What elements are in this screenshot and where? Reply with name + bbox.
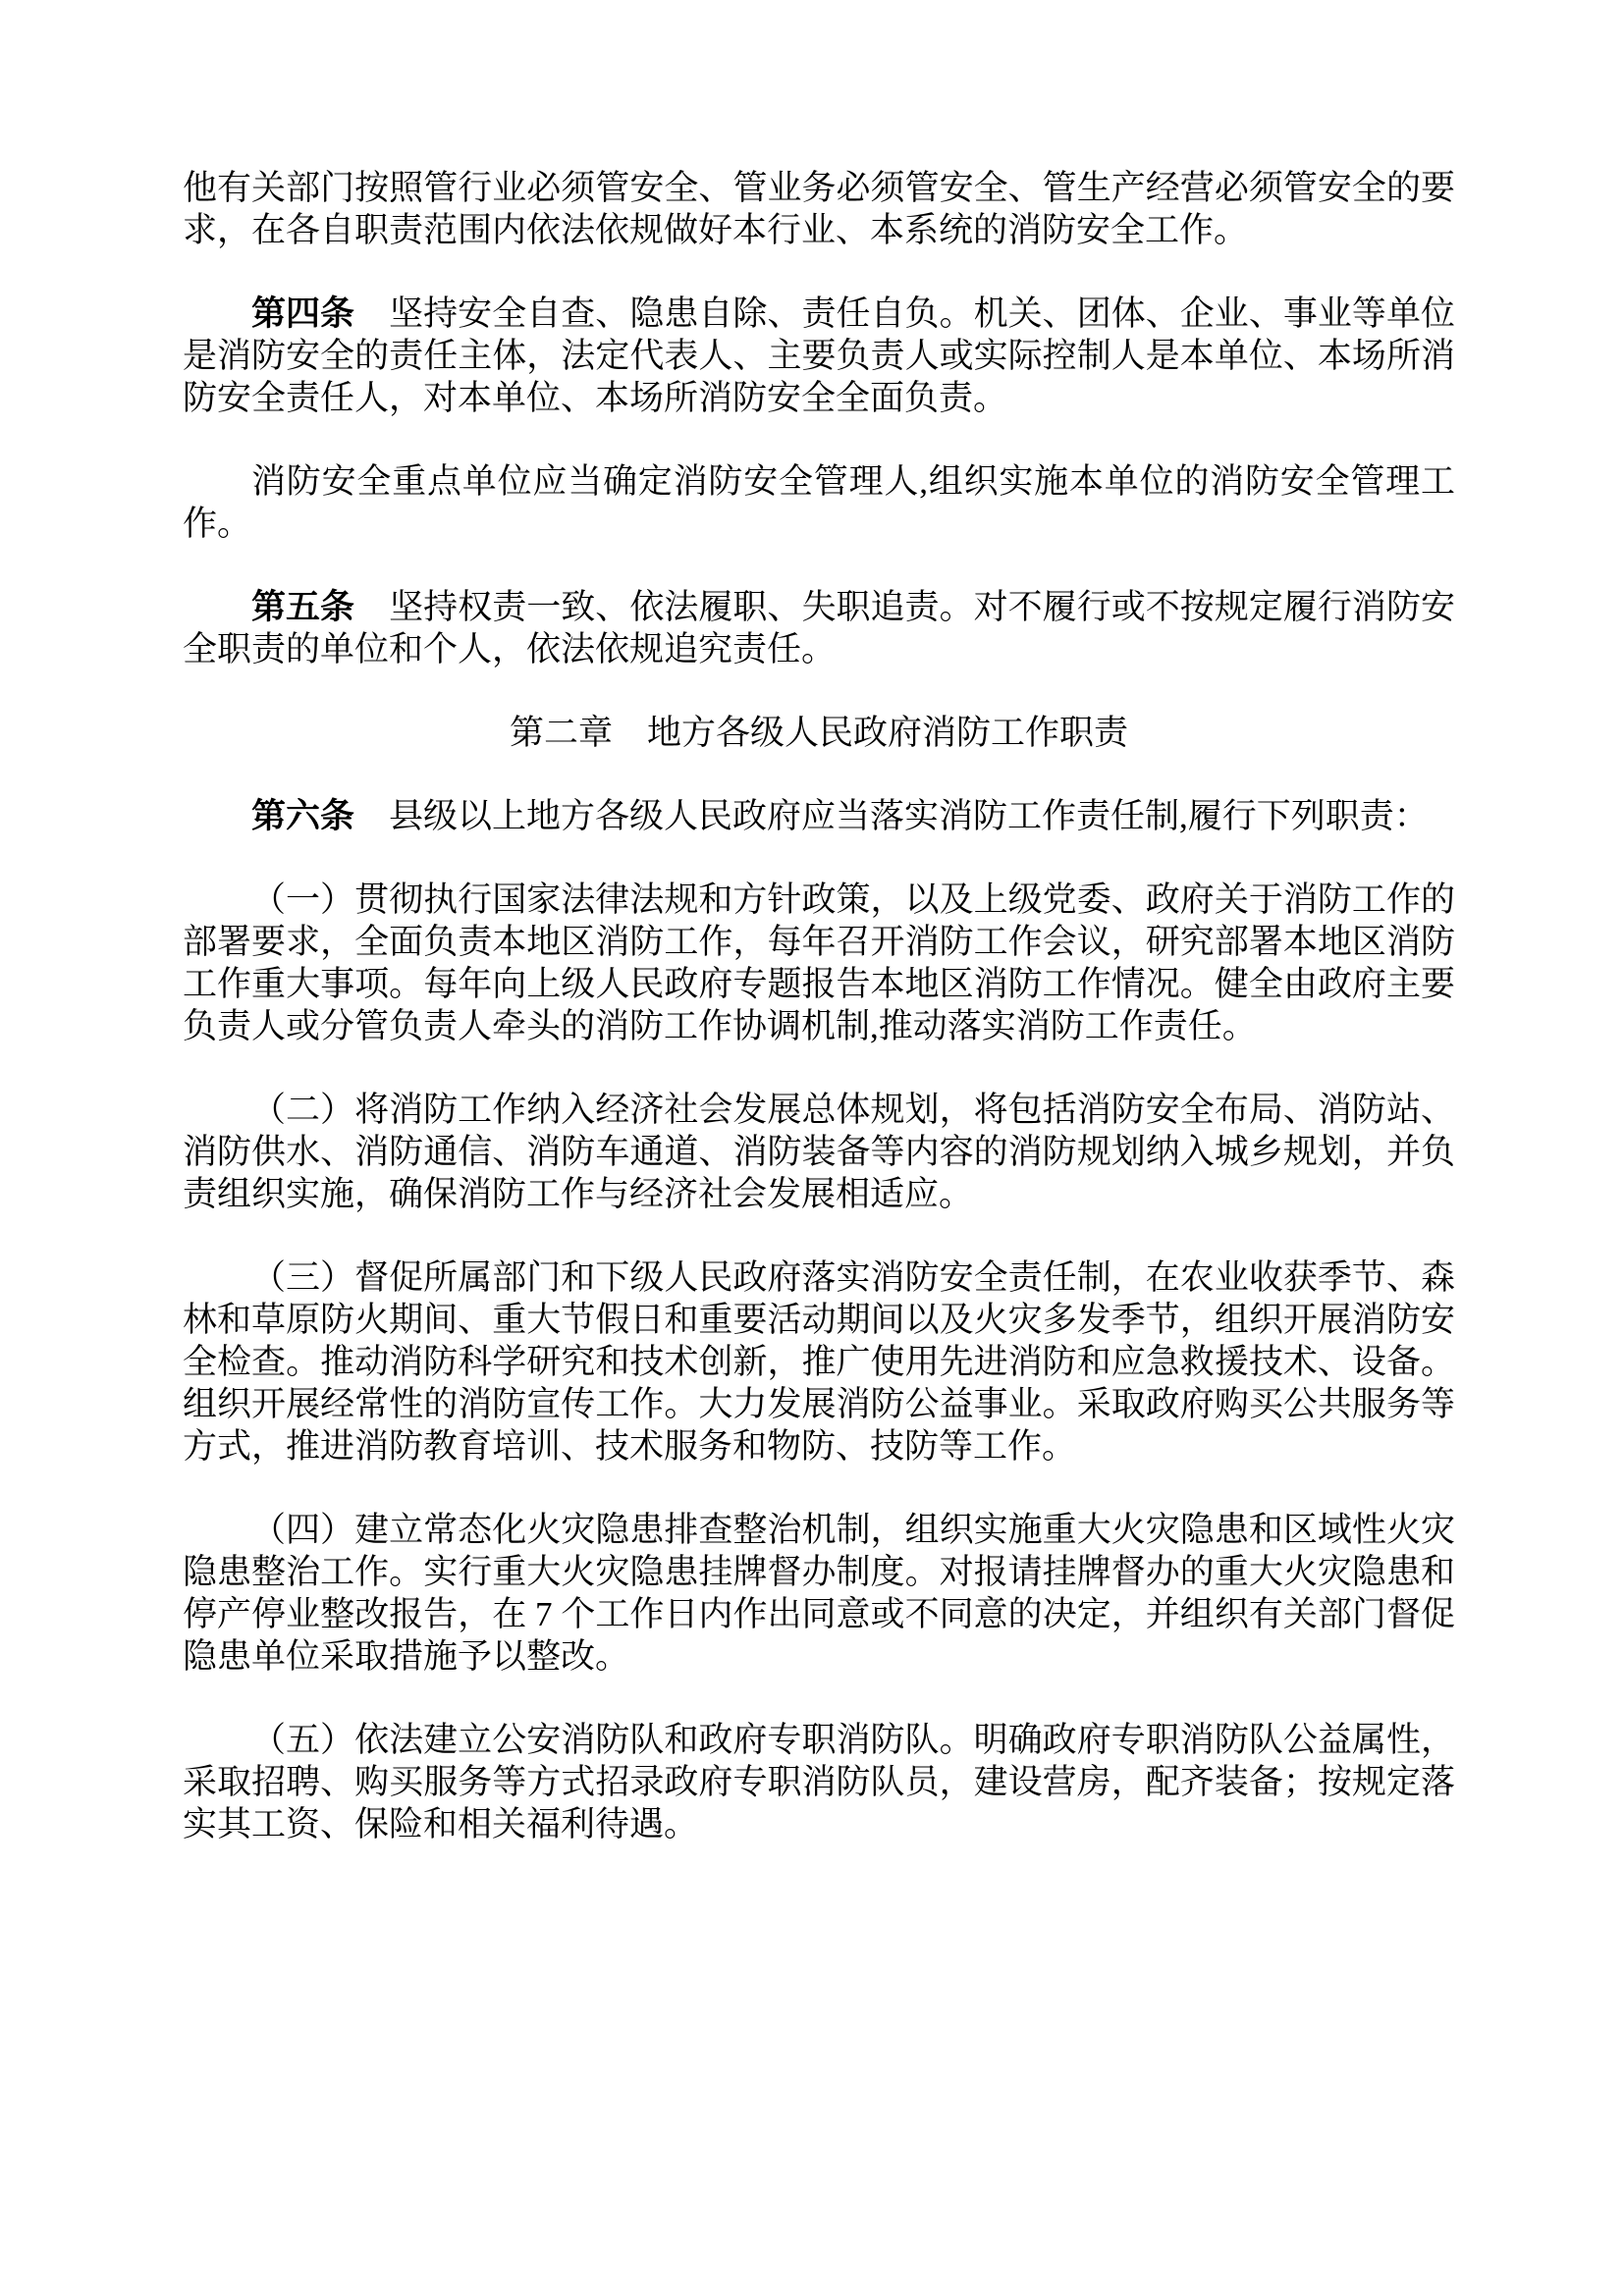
paragraph-text: （二）将消防工作纳入经济社会发展总体规划，将包括消防安全布局、消防站、消防供水、… <box>183 1091 1455 1213</box>
article-5-paragraph: 第五条 坚持权责一致、依法履职、失职追责。对不履行或不按规定履行消防安全职责的单… <box>183 586 1455 670</box>
key-units-paragraph: 消防安全重点单位应当确定消防安全管理人,组织实施本单位的消防安全管理工作。 <box>183 460 1455 545</box>
chapter-2-heading: 第二章 地方各级人民政府消防工作职责 <box>183 712 1455 754</box>
paragraph-text: 消防安全重点单位应当确定消防安全管理人,组织实施本单位的消防安全管理工作。 <box>183 462 1455 543</box>
article-4-paragraph: 第四条 坚持安全自查、隐患自除、责任自负。机关、团体、企业、事业等单位是消防安全… <box>183 293 1455 419</box>
article-6-number: 第六条 <box>251 797 354 835</box>
paragraph-text: 他有关部门按照管行业必须管安全、管业务必须管安全、管生产经营必须管安全的要求，在… <box>183 169 1455 249</box>
item-4-paragraph: （四）建立常态化火灾隐患排查整治机制，组织实施重大火灾隐患和区域性火灾隐患整治工… <box>183 1509 1455 1678</box>
article-5-number: 第五条 <box>251 588 354 626</box>
paragraph-text: （三）督促所属部门和下级人民政府落实消防安全责任制，在农业收获季节、森林和草原防… <box>183 1258 1455 1466</box>
paragraph-text: 坚持安全自查、隐患自除、责任自负。机关、团体、企业、事业等单位是消防安全的责任主… <box>183 294 1455 417</box>
article-6-paragraph: 第六条 县级以上地方各级人民政府应当落实消防工作责任制,履行下列职责： <box>183 795 1455 837</box>
continuation-paragraph: 他有关部门按照管行业必须管安全、管业务必须管安全、管生产经营必须管安全的要求，在… <box>183 167 1455 251</box>
article-4-number: 第四条 <box>251 294 354 333</box>
paragraph-text: （四）建立常态化火灾隐患排查整治机制，组织实施重大火灾隐患和区域性火灾隐患整治工… <box>183 1511 1455 1676</box>
item-3-paragraph: （三）督促所属部门和下级人民政府落实消防安全责任制，在农业收获季节、森林和草原防… <box>183 1256 1455 1468</box>
item-5-paragraph: （五）依法建立公安消防队和政府专职消防队。明确政府专职消防队公益属性，采取招聘、… <box>183 1719 1455 1845</box>
paragraph-text: （五）依法建立公安消防队和政府专职消防队。明确政府专职消防队公益属性，采取招聘、… <box>183 1721 1455 1843</box>
paragraph-text: （一）贯彻执行国家法律法规和方针政策，以及上级党委、政府关于消防工作的部署要求，… <box>183 881 1455 1045</box>
item-1-paragraph: （一）贯彻执行国家法律法规和方针政策，以及上级党委、政府关于消防工作的部署要求，… <box>183 879 1455 1047</box>
paragraph-text: 坚持权责一致、依法履职、失职追责。对不履行或不按规定履行消防安全职责的单位和个人… <box>183 588 1455 668</box>
paragraph-text: 县级以上地方各级人民政府应当落实消防工作责任制,履行下列职责： <box>354 797 1429 835</box>
heading-text: 第二章 地方各级人民政府消防工作职责 <box>510 714 1128 752</box>
document-page: 他有关部门按照管行业必须管安全、管业务必须管安全、管生产经营必须管安全的要求，在… <box>0 0 1624 2296</box>
item-2-paragraph: （二）将消防工作纳入经济社会发展总体规划，将包括消防安全布局、消防站、消防供水、… <box>183 1089 1455 1215</box>
